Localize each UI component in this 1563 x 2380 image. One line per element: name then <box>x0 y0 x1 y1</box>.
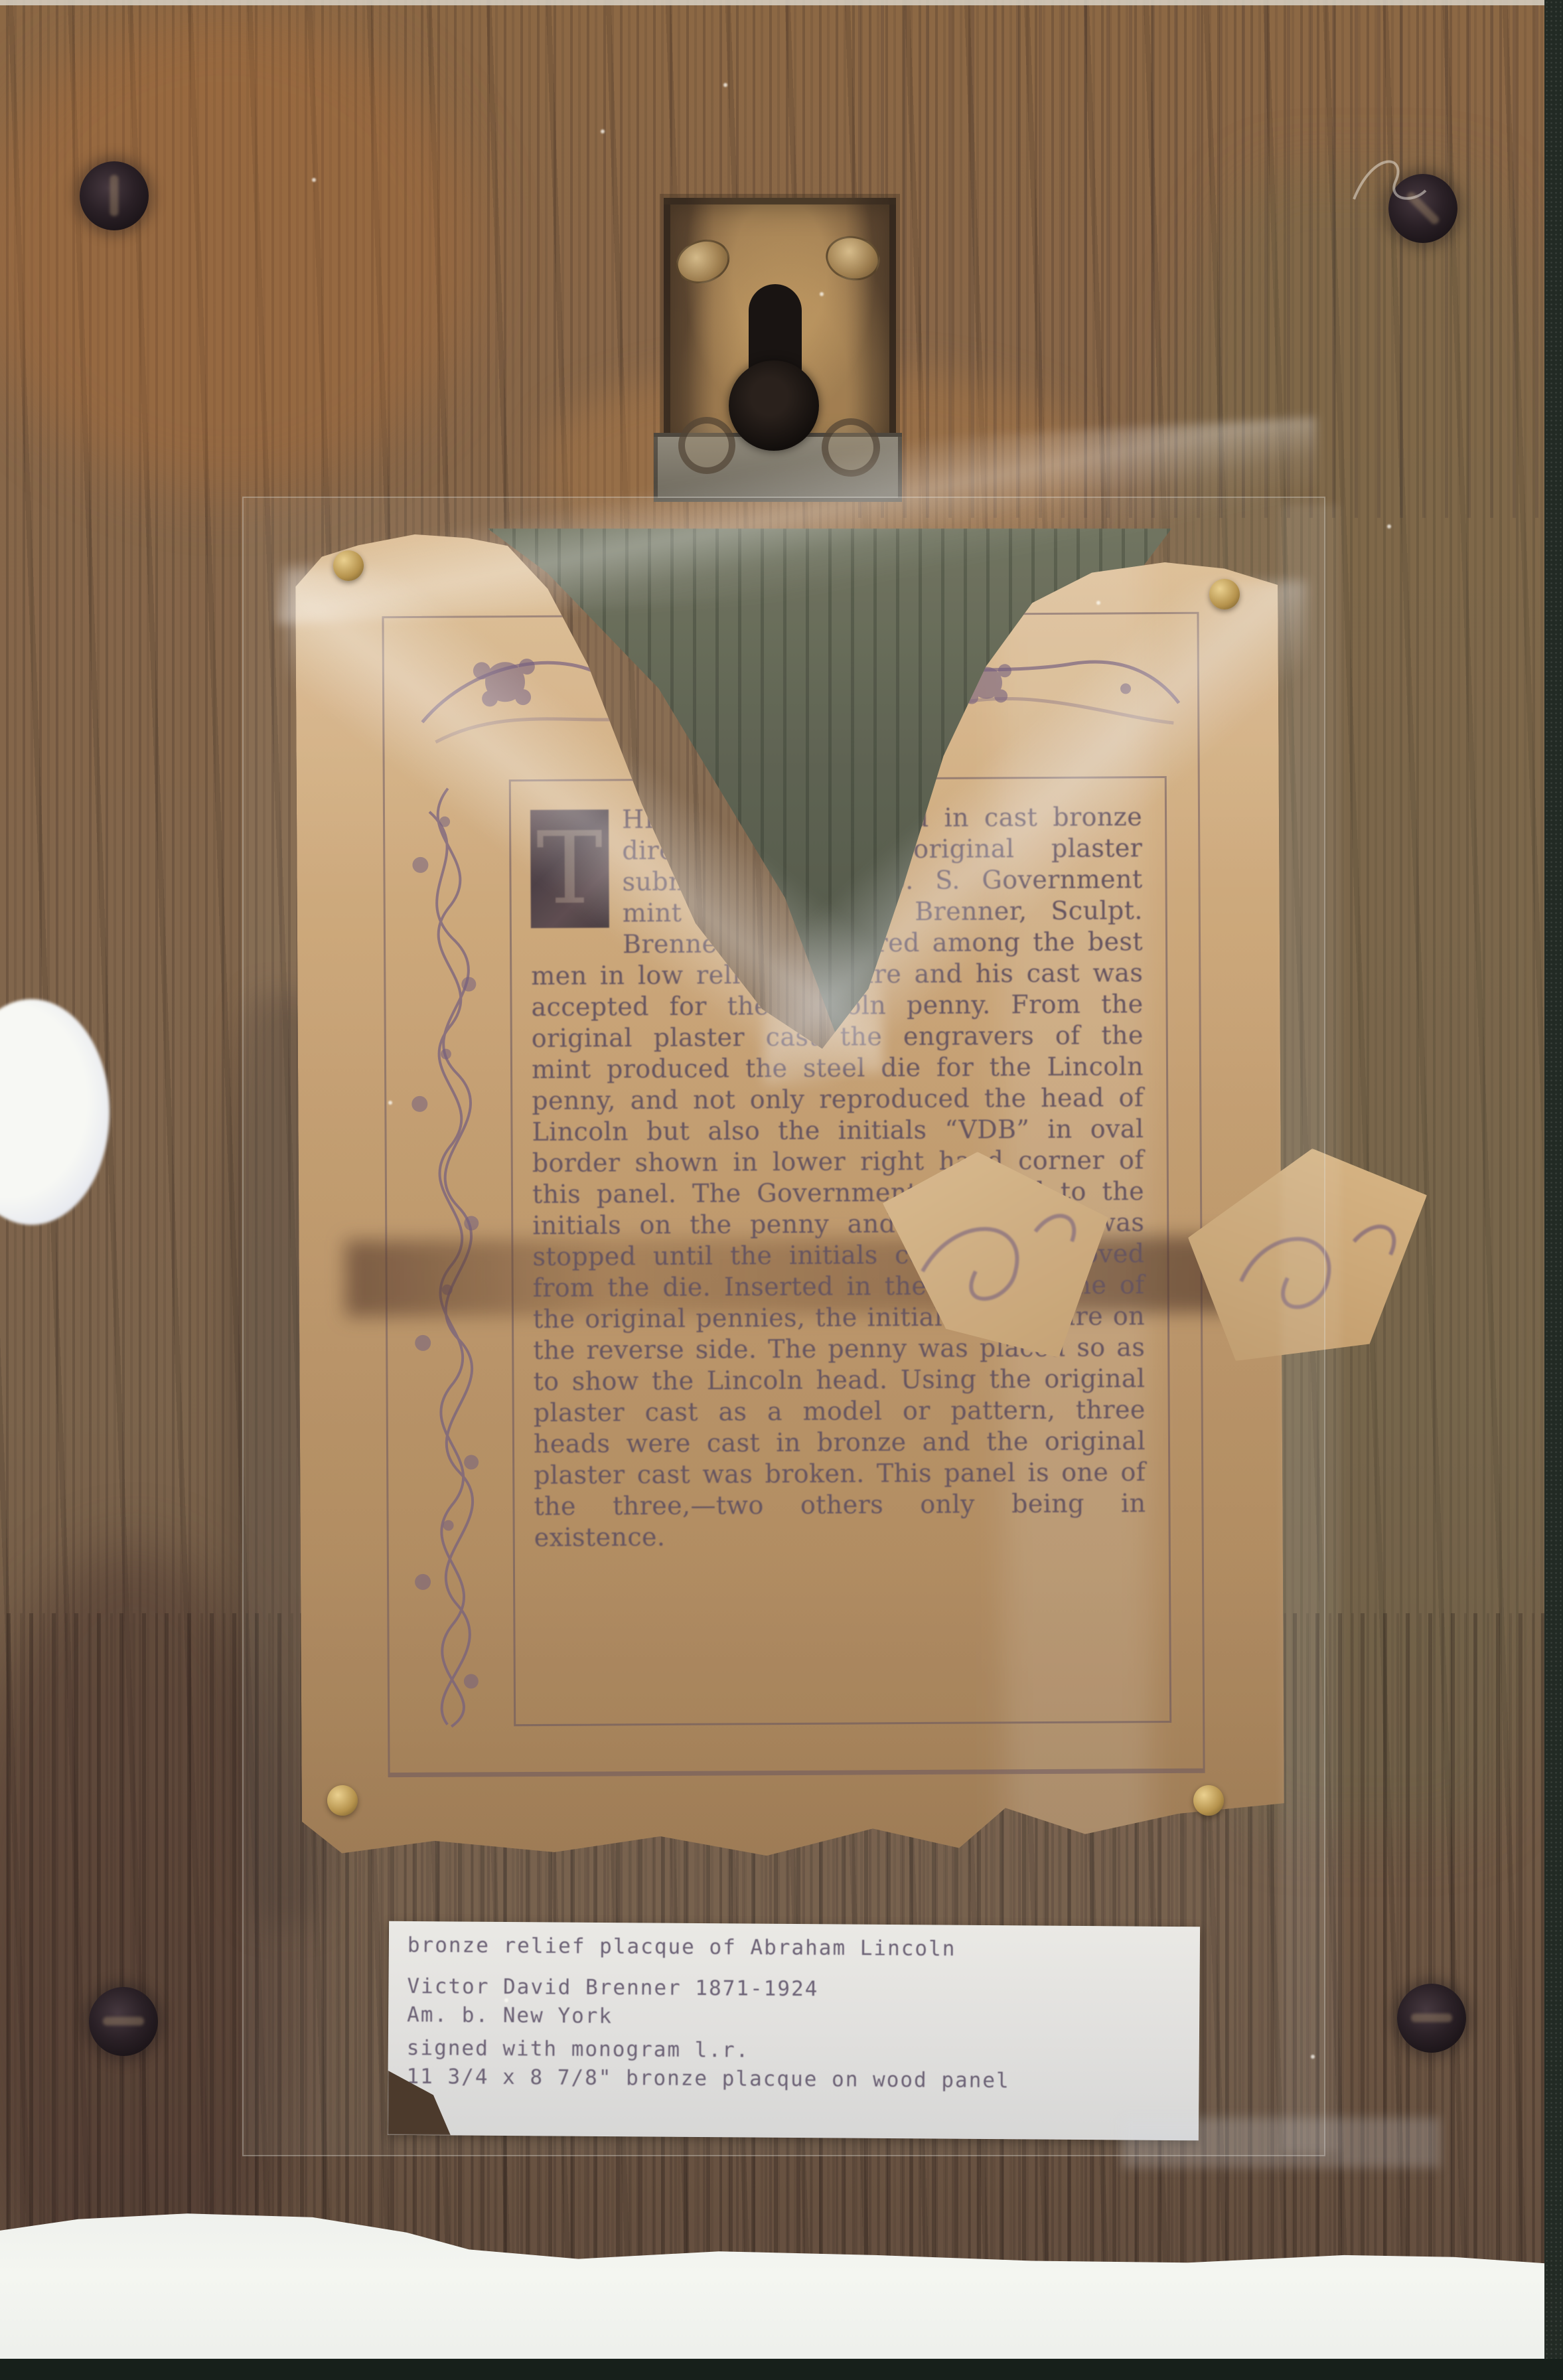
dust-speck <box>1311 2055 1315 2059</box>
typed-label: bronze relief placque of Abraham Lincoln… <box>388 1921 1200 2141</box>
plastic-sheet <box>242 497 1325 2156</box>
typed-line: bronze relief placque of Abraham Lincoln <box>408 1933 956 1961</box>
dust-speck <box>388 1101 392 1105</box>
typed-line: Am. b. New York <box>407 2003 613 2028</box>
wood-screw-icon <box>1397 1984 1466 2053</box>
white-cloth-left <box>0 999 110 1225</box>
scratch-mark <box>1347 136 1434 216</box>
wood-tone-patch <box>0 13 478 491</box>
dust-speck <box>601 129 605 133</box>
typed-line: signed with monogram l.r. <box>407 2036 750 2063</box>
dust-speck <box>723 83 727 87</box>
photo-plaque-back: THIS panel is executed in cast bronze di… <box>0 0 1563 2380</box>
wood-screw-icon <box>89 1987 158 2056</box>
photo-edge-bottom <box>0 2359 1563 2380</box>
plate-screw-icon <box>822 418 880 477</box>
dust-speck <box>1387 524 1391 528</box>
dust-speck <box>1096 601 1100 605</box>
photo-edge-right <box>1544 0 1563 2380</box>
dust-speck <box>312 178 316 182</box>
typed-line: Victor David Brenner 1871-1924 <box>407 1974 818 2001</box>
brass-pin-icon <box>333 550 364 581</box>
dust-speck <box>820 292 824 296</box>
brass-pin-icon <box>327 1785 358 1816</box>
wood-screw-icon <box>80 161 149 230</box>
dust-speck <box>504 1998 508 2002</box>
keyhole-icon <box>729 360 819 451</box>
typed-line: 11 3/4 x 8 7/8" bronze placque on wood p… <box>406 2065 1009 2093</box>
brass-pin-icon <box>1209 579 1240 609</box>
brass-pin-icon <box>1193 1785 1224 1816</box>
plate-screw-icon <box>678 417 735 474</box>
wood-grain <box>850 0 1563 518</box>
photo-edge-top <box>0 0 1563 5</box>
